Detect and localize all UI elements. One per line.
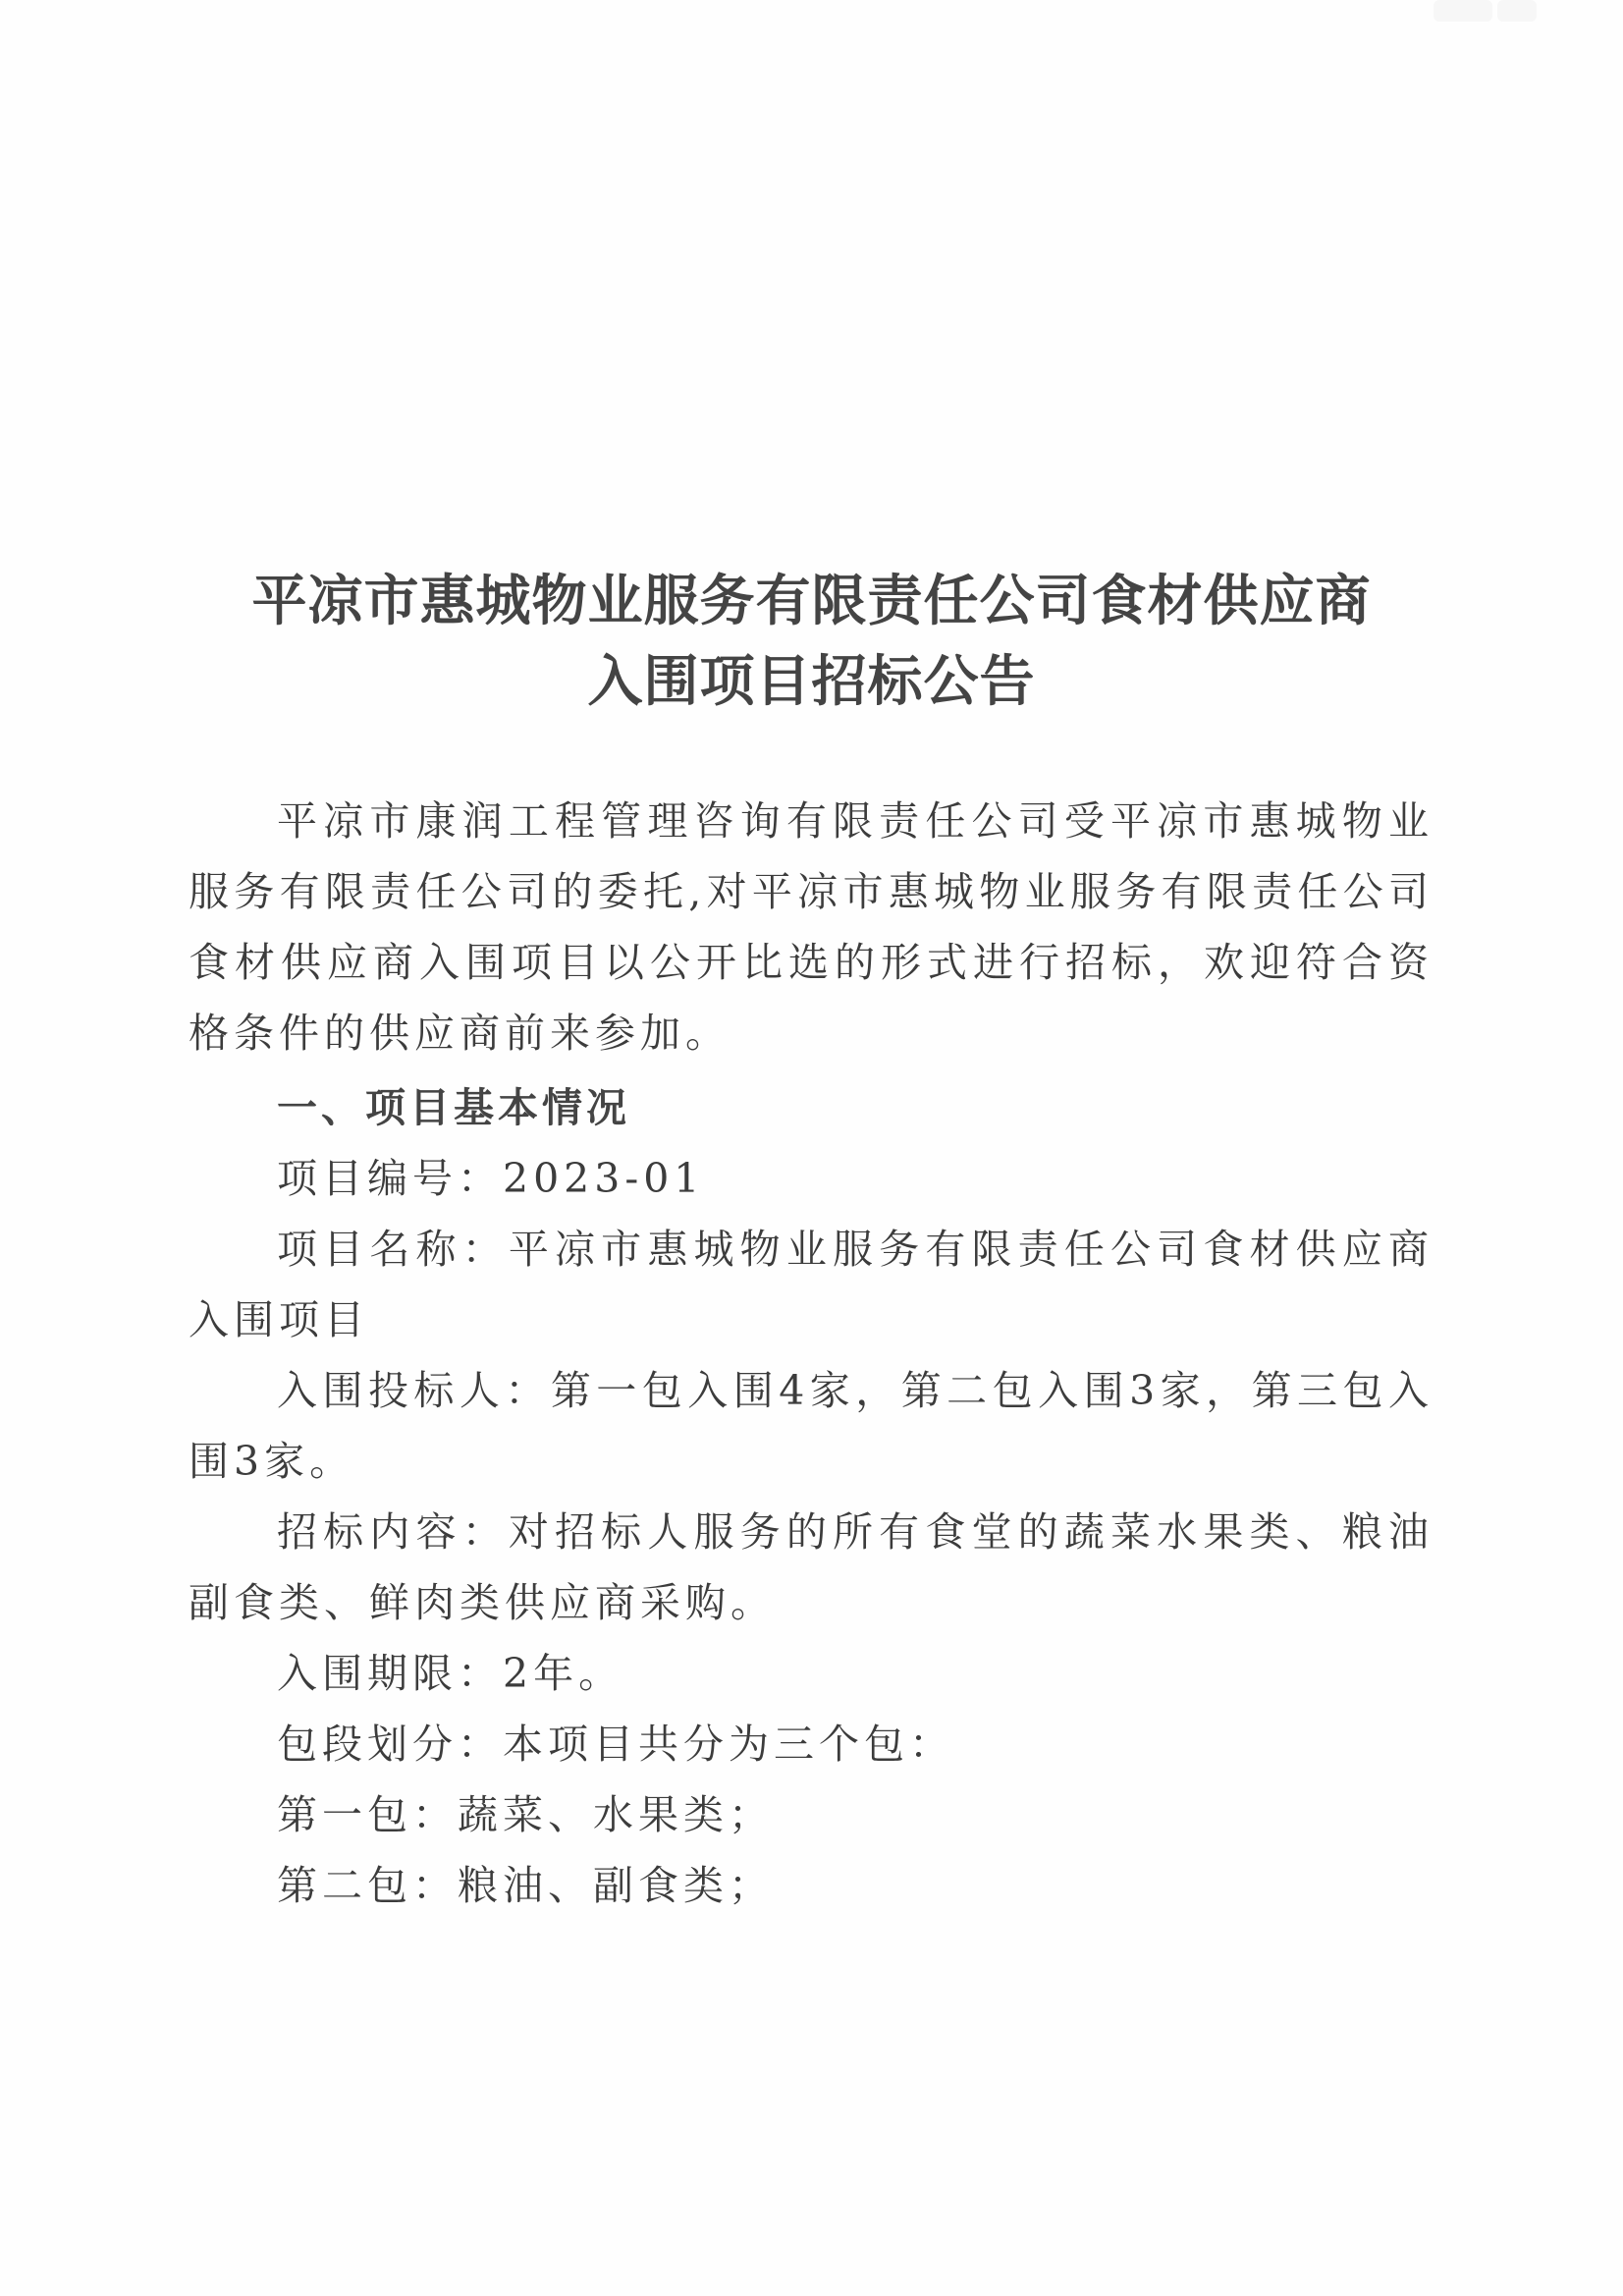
- section-heading: 一、项目基本情况: [189, 1072, 1434, 1143]
- shortlist-term: 入围期限：2年。: [189, 1638, 1434, 1709]
- scan-artifact: [1497, 0, 1537, 22]
- shortlisted-bidders: 入围投标人：第一包入围4家，第二包入围3家，第三包入围3家。: [189, 1355, 1434, 1497]
- intro-block: 平凉市康润工程管理咨询有限责任公司受平凉市惠城物业服务有限责任公司的委托,对平凉…: [189, 786, 1434, 1068]
- tender-content: 招标内容：对招标人服务的所有食堂的蔬菜水果类、粮油副食类、鲜肉类供应商采购。: [189, 1497, 1434, 1638]
- document-page: 平凉市惠城物业服务有限责任公司食材供应商 入围项目招标公告 平凉市康润工程管理咨…: [0, 0, 1623, 2296]
- section-project-basics: 一、项目基本情况 项目编号：2023-01 项目名称：平凉市惠城物业服务有限责任…: [189, 1072, 1434, 1921]
- document-title-line2: 入围项目招标公告: [0, 638, 1623, 717]
- project-number: 项目编号：2023-01: [189, 1143, 1434, 1214]
- scan-artifact: [1434, 0, 1492, 22]
- intro-paragraph: 平凉市康润工程管理咨询有限责任公司受平凉市惠城物业服务有限责任公司的委托,对平凉…: [189, 786, 1434, 1068]
- lot-item: 第一包：蔬菜、水果类；: [189, 1779, 1434, 1850]
- project-name: 项目名称：平凉市惠城物业服务有限责任公司食材供应商入围项目: [189, 1214, 1434, 1355]
- document-title-line1: 平凉市惠城物业服务有限责任公司食材供应商: [0, 558, 1623, 636]
- lots-intro: 包段划分：本项目共分为三个包：: [189, 1709, 1434, 1779]
- lot-item: 第二包：粮油、副食类；: [189, 1850, 1434, 1921]
